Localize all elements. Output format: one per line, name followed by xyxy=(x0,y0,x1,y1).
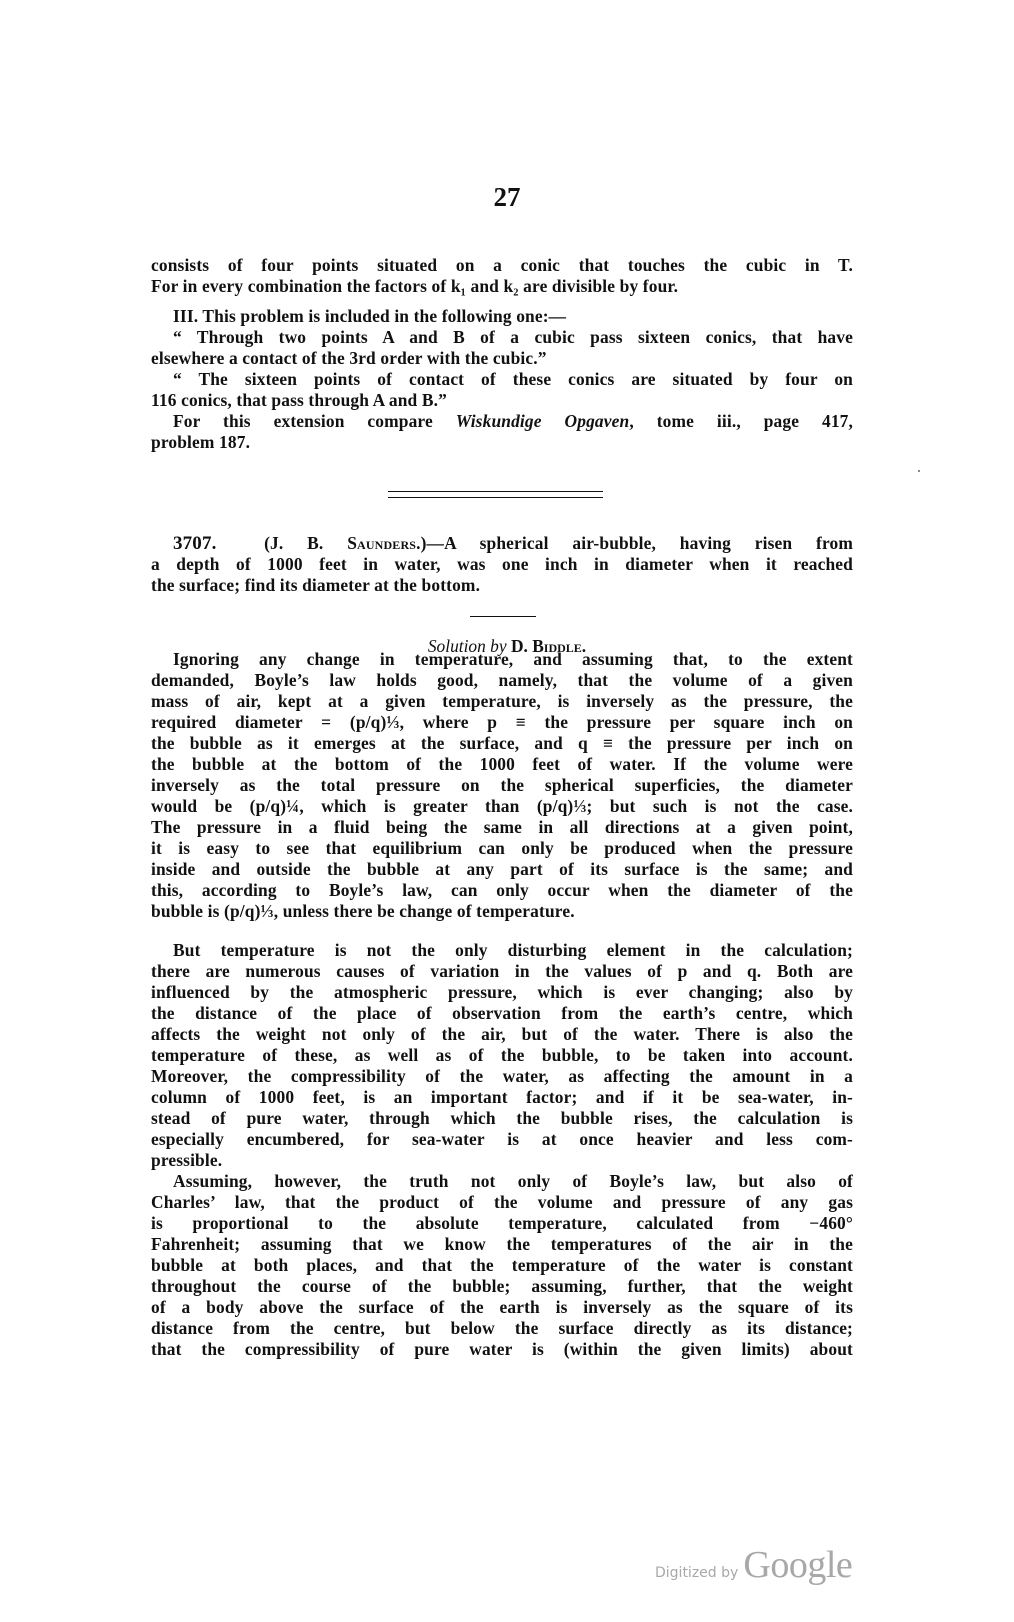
text-line: the surface; find its diameter at the bo… xyxy=(151,575,853,596)
text-line: the distance of the place of observation… xyxy=(151,1003,853,1024)
text-line: especially encumbered, for sea-water is … xyxy=(151,1129,853,1150)
cited-title: Wiskundige Opgaven xyxy=(456,411,630,431)
text-line: a depth of 1000 feet in water, was one i… xyxy=(151,554,853,575)
text-line: 3707. (J. B. Saunders.)—A spherical air-… xyxy=(151,533,853,554)
text-line: is proportional to the absolute temperat… xyxy=(151,1213,853,1234)
text-line: For in every combination the factors of … xyxy=(151,276,853,297)
text-line: mass of air, kept at a given temperature… xyxy=(151,691,853,712)
text-line: “ Through two points A and B of a cubic … xyxy=(151,327,853,348)
section-divider xyxy=(388,491,603,492)
text-line: For this extension compare Wiskundige Op… xyxy=(151,411,853,432)
text-line: there are numerous causes of variation i… xyxy=(151,961,853,982)
text-line: Charles’ law, that the product of the vo… xyxy=(151,1192,853,1213)
divider xyxy=(470,616,536,617)
text-line: of a body above the surface of the earth… xyxy=(151,1297,853,1318)
text-run: For this extension compare xyxy=(173,411,456,431)
problem-author: (J. B. Saunders.) xyxy=(264,533,426,553)
text-line: influenced by the atmospheric pressure, … xyxy=(151,982,853,1003)
text-line: the bubble at the bottom of the 1000 fee… xyxy=(151,754,853,775)
text-line: throughout the course of the bubble; ass… xyxy=(151,1276,853,1297)
problem-number: 3707. xyxy=(173,533,217,554)
google-watermark: Digitized by Google xyxy=(655,1543,852,1587)
solution-paragraph-1: Ignoring any change in temperature, and … xyxy=(151,649,853,922)
text-line: elsewhere a contact of the 3rd order wit… xyxy=(151,348,853,369)
text-line: stead of pure water, through which the b… xyxy=(151,1108,853,1129)
text-line: affects the weight not only of the air, … xyxy=(151,1024,853,1045)
text-line: Assuming, however, the truth not only of… xyxy=(151,1171,853,1192)
text-line: would be (p/q)¼, which is greater than (… xyxy=(151,796,853,817)
text-line: this, according to Boyle’s law, can only… xyxy=(151,880,853,901)
text-line: demanded, Boyle’s law holds good, namely… xyxy=(151,670,853,691)
page-number: 27 xyxy=(0,182,1014,213)
text-line: Moreover, the compressibility of the wat… xyxy=(151,1066,853,1087)
text-line: that the compressibility of pure water i… xyxy=(151,1339,853,1360)
text-line: column of 1000 feet, is an important fac… xyxy=(151,1087,853,1108)
watermark-prefix: Digitized by xyxy=(655,1565,738,1581)
paragraph-iii: III. This problem is included in the fol… xyxy=(151,306,853,453)
text-line: III. This problem is included in the fol… xyxy=(151,306,853,327)
text-line: Fahrenheit; assuming that we know the te… xyxy=(151,1234,853,1255)
text-line: inside and outside the bubble at any par… xyxy=(151,859,853,880)
text-run: , tome iii., page 417, xyxy=(629,411,853,431)
text-line: bubble at both places, and that the temp… xyxy=(151,1255,853,1276)
text-line: Ignoring any change in temperature, and … xyxy=(151,649,853,670)
text-line: the bubble as it emerges at the surface,… xyxy=(151,733,853,754)
text-line: But temperature is not the only disturbi… xyxy=(151,940,853,961)
solution-paragraph-2: But temperature is not the only disturbi… xyxy=(151,940,853,1171)
text-line: “ The sixteen points of contact of these… xyxy=(151,369,853,390)
text-run: —A spherical air-bubble, having risen fr… xyxy=(427,533,853,553)
google-logo-icon: Google xyxy=(743,1544,852,1586)
continuation-text: consists of four points situated on a co… xyxy=(151,255,853,297)
text-line: it is easy to see that equilibrium can o… xyxy=(151,838,853,859)
problem-statement: 3707. (J. B. Saunders.)—A spherical air-… xyxy=(151,533,853,596)
text-line: required diameter = (p/q)⅓, where p ≡ th… xyxy=(151,712,853,733)
scan-speck xyxy=(918,470,920,472)
text-line: distance from the centre, but below the … xyxy=(151,1318,853,1339)
text-line: pressible. xyxy=(151,1150,853,1171)
text-line: problem 187. xyxy=(151,432,853,453)
text-line: temperature of these, as well as of the … xyxy=(151,1045,853,1066)
text-line: 116 conics, that pass through A and B.” xyxy=(151,390,853,411)
text-line: The pressure in a fluid being the same i… xyxy=(151,817,853,838)
text-line: bubble is (p/q)⅓, unless there be change… xyxy=(151,901,853,922)
section-divider xyxy=(388,497,603,498)
text-line: consists of four points situated on a co… xyxy=(151,255,853,276)
text-line: inversely as the total pressure on the s… xyxy=(151,775,853,796)
solution-paragraph-3: Assuming, however, the truth not only of… xyxy=(151,1171,853,1360)
